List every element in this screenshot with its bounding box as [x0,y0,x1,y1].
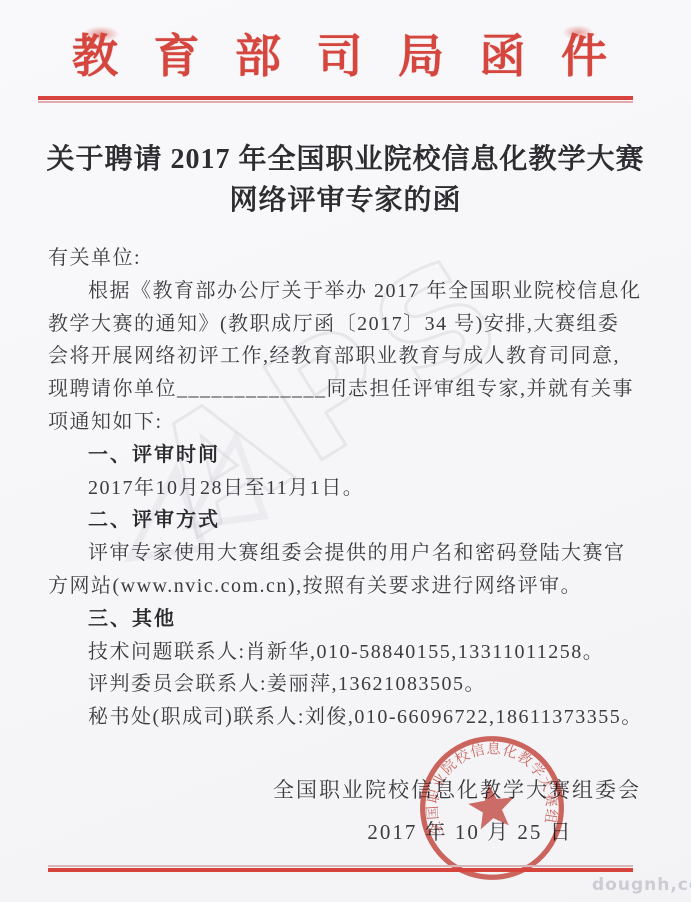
letter-body: 有关单位: 根据《教育部办公厅关于举办 2017 年全国职业院校信息化教学大赛的… [48,242,658,734]
body-line: 2017年10月28日至11月1日。 [48,472,658,505]
body-line: 方网站(www.nvic.com.cn),按照有关要求进行网络评审。 [48,570,658,603]
subject-title: 关于聘请 2017 年全国职业院校信息化教学大赛 网络评审专家的函 [0,139,691,221]
svg-text:全国职业院校信息化教学大赛组委会: 全国职业院校信息化教学大赛组委会 [397,713,563,847]
letterhead-rule-thin [38,101,633,103]
body-line: 二、评审方式 [48,504,658,537]
subject-line-1: 关于聘请 2017 年全国职业院校信息化教学大赛 [46,144,644,175]
body-line: 会将开展网络初评工作,经教育部职业教育与成人教育司同意, [48,340,658,373]
body-line: 现聘请你单位_____________同志担任评审组专家,并就有关事 [48,373,658,406]
body-line: 评审专家使用大赛组委会提供的用户名和密码登陆大赛官 [48,537,658,570]
seal-star-icon [466,781,518,831]
body-line: 技术问题联系人:肖新华,010-58840155,13311011258。 [48,636,658,669]
body-line: 评判委员会联系人:姜丽萍,13621083505。 [48,668,658,701]
subject-line-2: 网络评审专家的函 [229,185,461,216]
body-line: 项通知如下: [48,406,658,439]
body-line: 教学大赛的通知》(教职成厅函〔2017〕34 号)安排,大赛组委 [48,308,658,341]
official-seal: 全国职业院校信息化教学大赛组委会 [397,713,587,902]
site-watermark: dougnh,com [592,875,691,895]
letterhead-rule-thick [38,96,633,100]
document-page: APS dougnh,com 教 育 部 司 局 函 件 关于聘请 2017 年… [0,0,691,902]
body-line: 三、其他 [48,603,658,636]
footer-rule-thick [48,868,633,872]
letterhead-rule [38,96,633,103]
body-line: 秘书处(职成司)联系人:刘俊,010-66096722,18611373355。 [48,701,658,734]
footer-rule [48,865,633,872]
letterhead-title: 教 育 部 司 局 函 件 [0,20,691,86]
footer-rule-thin [48,865,633,867]
salutation: 有关单位: [48,242,658,275]
body-line: 一、评审时间 [48,439,658,472]
seal-arc-text: 全国职业院校信息化教学大赛组委会 [397,713,563,847]
body-line: 根据《教育部办公厅关于举办 2017 年全国职业院校信息化 [48,275,658,308]
body-line-container: 根据《教育部办公厅关于举办 2017 年全国职业院校信息化教学大赛的通知》(教职… [48,275,658,734]
